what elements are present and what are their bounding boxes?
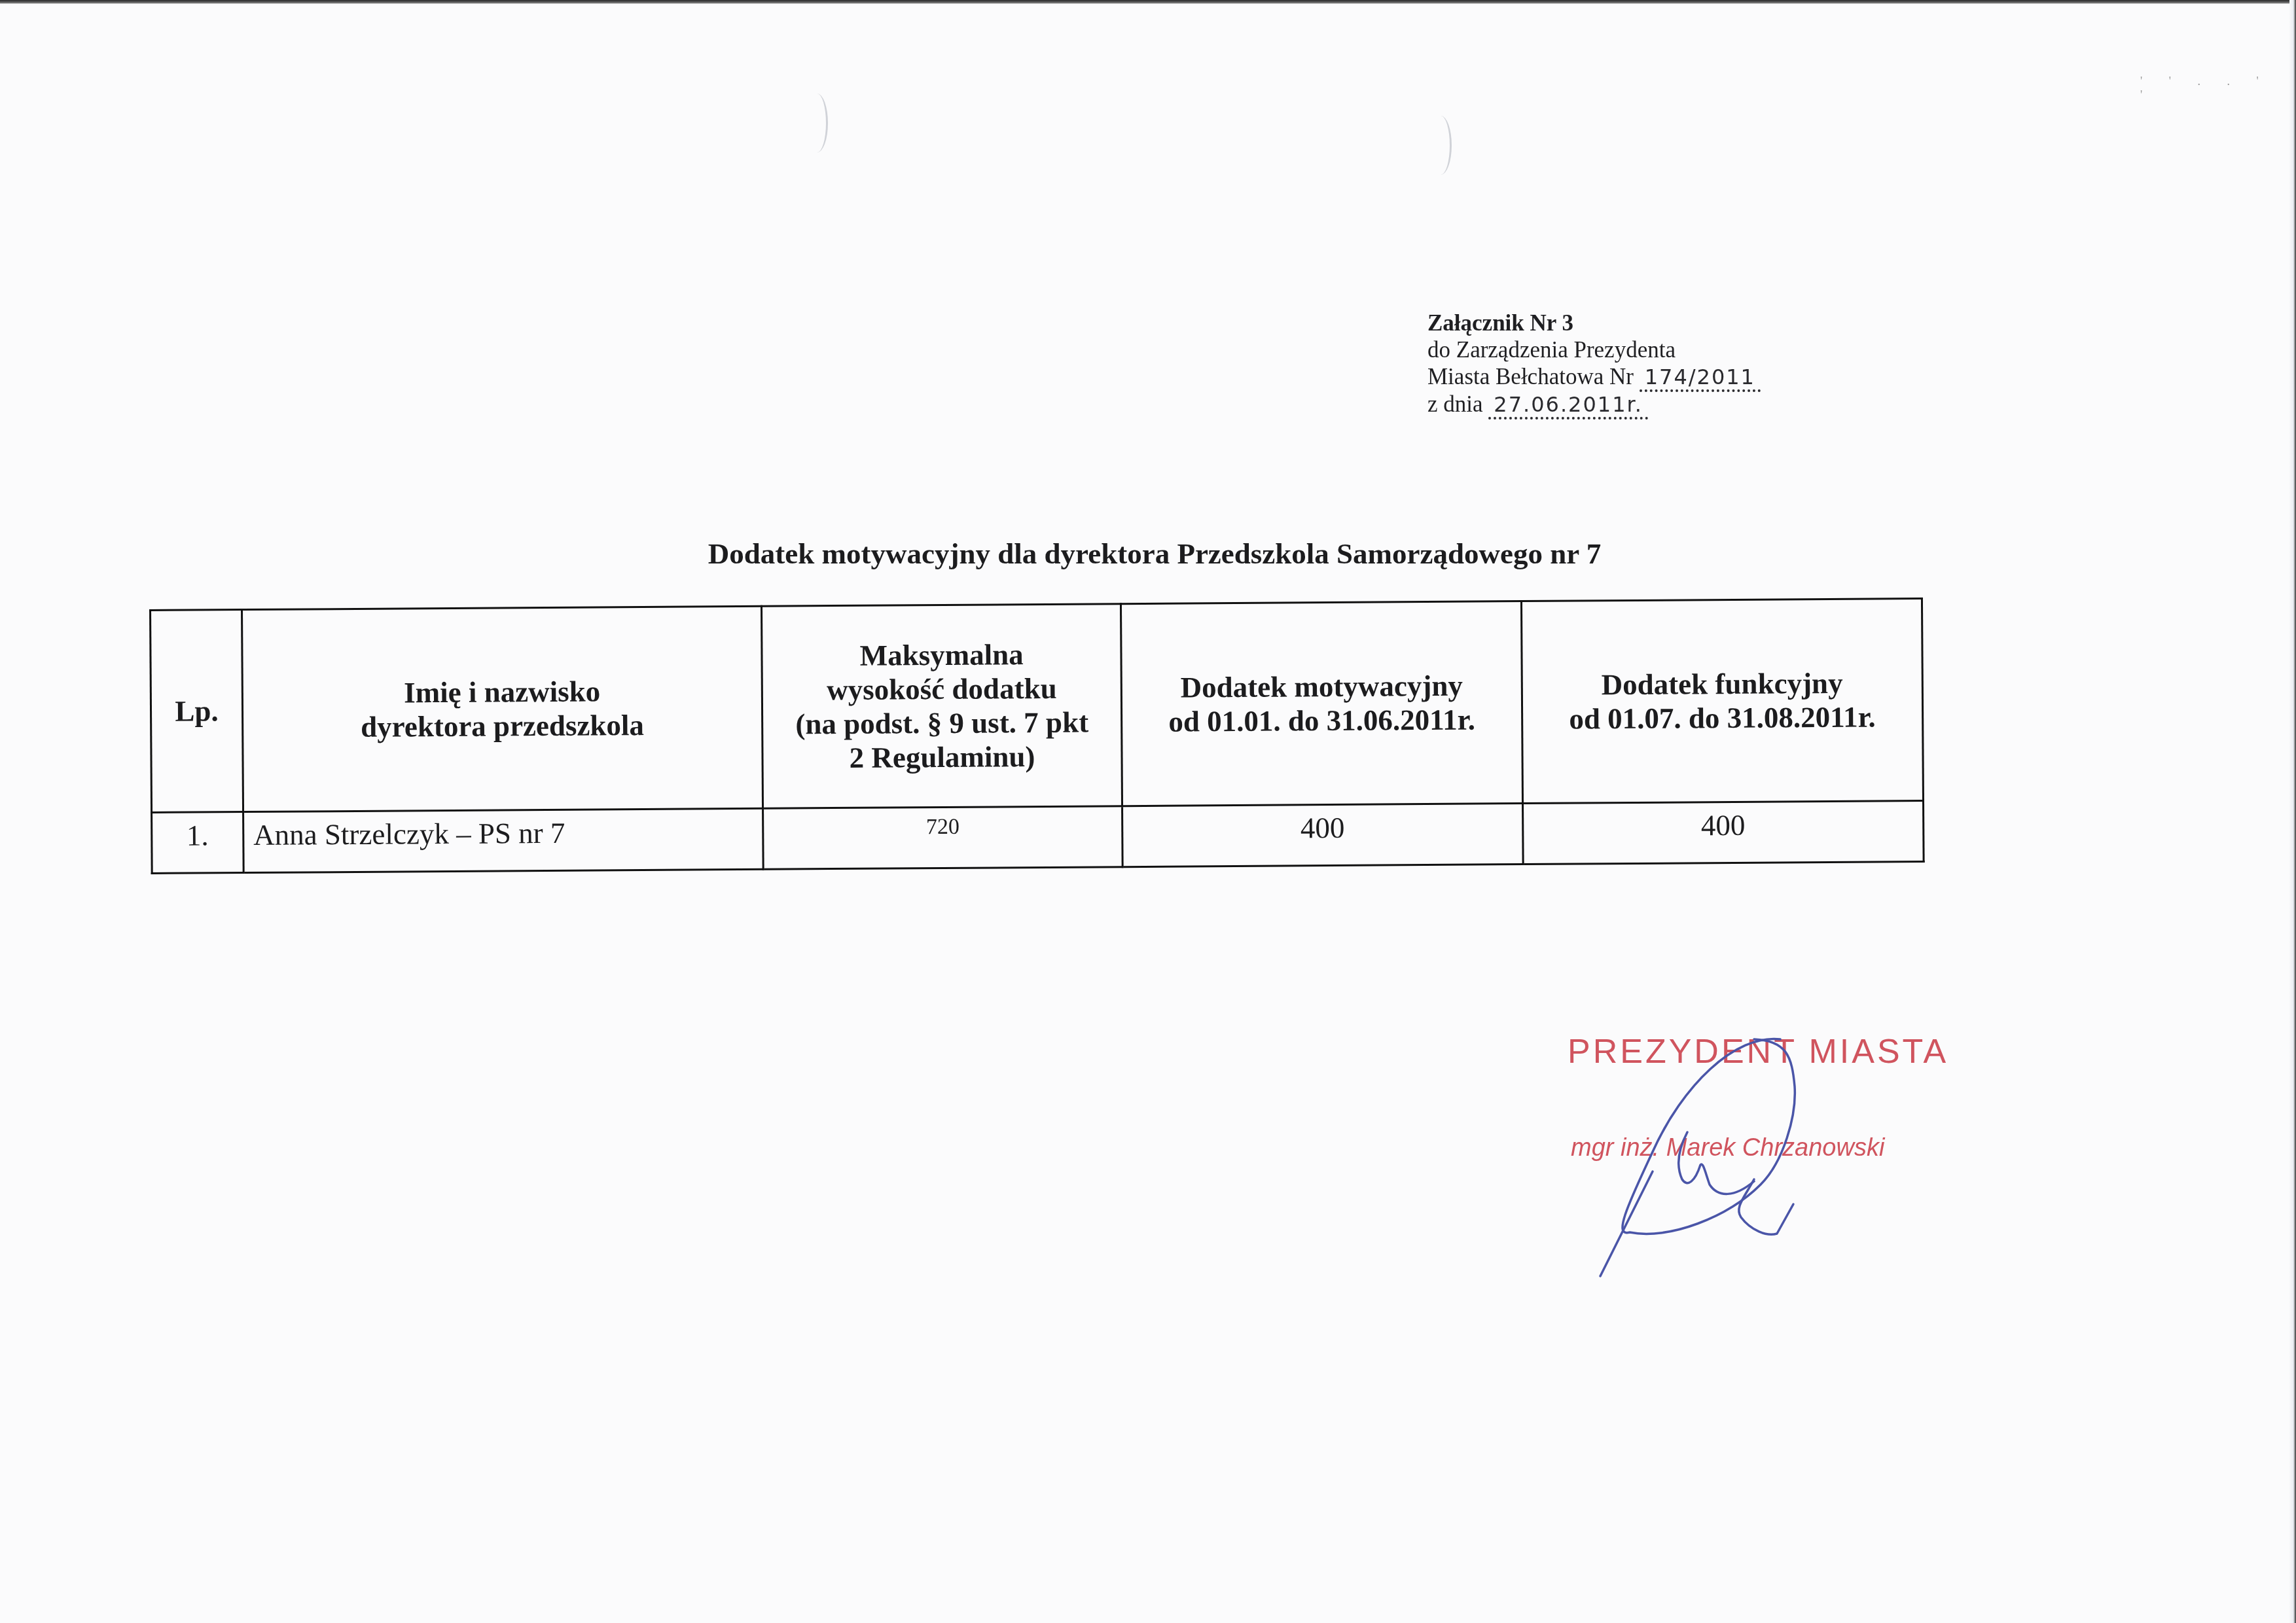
annex-line-2: Miasta Bełchatowa Nr 174/2011	[1427, 363, 1761, 391]
stamp-title: PREZYDENT MIASTA	[1568, 1032, 1948, 1071]
header-max-line: Maksymalna	[769, 637, 1114, 673]
annex-header: Załącznik Nr 3 do Zarządzenia Prezydenta…	[1427, 310, 1761, 418]
header-max-line: wysokość dodatku	[770, 671, 1115, 707]
scan-edge-top	[0, 0, 2296, 4]
allowance-table: Lp. Imię i nazwisko dyrektora przedszkol…	[149, 597, 1925, 874]
annex-line-3-prefix: z dnia	[1427, 391, 1483, 417]
scan-edge-right	[2289, 0, 2296, 1623]
annex-line-3: z dnia 27.06.2011r.	[1427, 391, 1761, 418]
header-name-line: Imię i nazwisko	[250, 673, 755, 711]
header-motivational-line: od 01.01. do 31.06.2011r.	[1129, 702, 1515, 739]
cell-max-allowance: 720	[762, 806, 1122, 870]
annex-line-1: do Zarządzenia Prezydenta	[1427, 336, 1761, 363]
document-title: Dodatek motywacyjny dla dyrektora Przeds…	[0, 537, 2296, 571]
annex-line-2-prefix: Miasta Bełchatowa Nr	[1427, 364, 1634, 389]
header-motivational-allowance: Dodatek motywacyjny od 01.01. do 31.06.2…	[1121, 601, 1522, 806]
header-functional-line: Dodatek funkcyjny	[1529, 666, 1915, 702]
scan-corner-marks: ' ' . . ' '	[2140, 75, 2296, 102]
header-max-line: (na podst. § 9 ust. 7 pkt	[770, 705, 1115, 741]
punch-hole-mark-icon	[806, 94, 828, 152]
header-lp: Lp.	[151, 610, 243, 813]
stamp-name: mgr inż. Marek Chrzanowski	[1571, 1134, 1884, 1162]
cell-functional-allowance: 400	[1522, 801, 1924, 865]
header-functional-allowance: Dodatek funkcyjny od 01.07. do 31.08.201…	[1521, 599, 1923, 804]
cell-motivational-allowance: 400	[1122, 804, 1523, 867]
order-date-handwritten: 27.06.2011r.	[1488, 392, 1648, 419]
cell-director-name: Anna Strzelczyk – PS nr 7	[243, 808, 763, 872]
punch-hole-mark-icon	[1430, 116, 1452, 175]
order-number-handwritten: 174/2011	[1640, 365, 1761, 392]
header-name: Imię i nazwisko dyrektora przedszkola	[242, 606, 762, 811]
table-row: 1. Anna Strzelczyk – PS nr 7 720 400 400	[152, 801, 1924, 874]
cell-lp: 1.	[152, 812, 244, 874]
header-name-line: dyrektora przedszkola	[250, 707, 755, 745]
header-functional-line: od 01.07. do 31.08.2011r.	[1530, 700, 1916, 736]
annex-title: Załącznik Nr 3	[1427, 310, 1761, 336]
header-max-allowance: Maksymalna wysokość dodatku (na podst. §…	[761, 604, 1122, 809]
header-max-line: 2 Regulaminu)	[770, 739, 1115, 775]
table-header-row: Lp. Imię i nazwisko dyrektora przedszkol…	[151, 599, 1924, 813]
header-motivational-line: Dodatek motywacyjny	[1129, 668, 1515, 705]
